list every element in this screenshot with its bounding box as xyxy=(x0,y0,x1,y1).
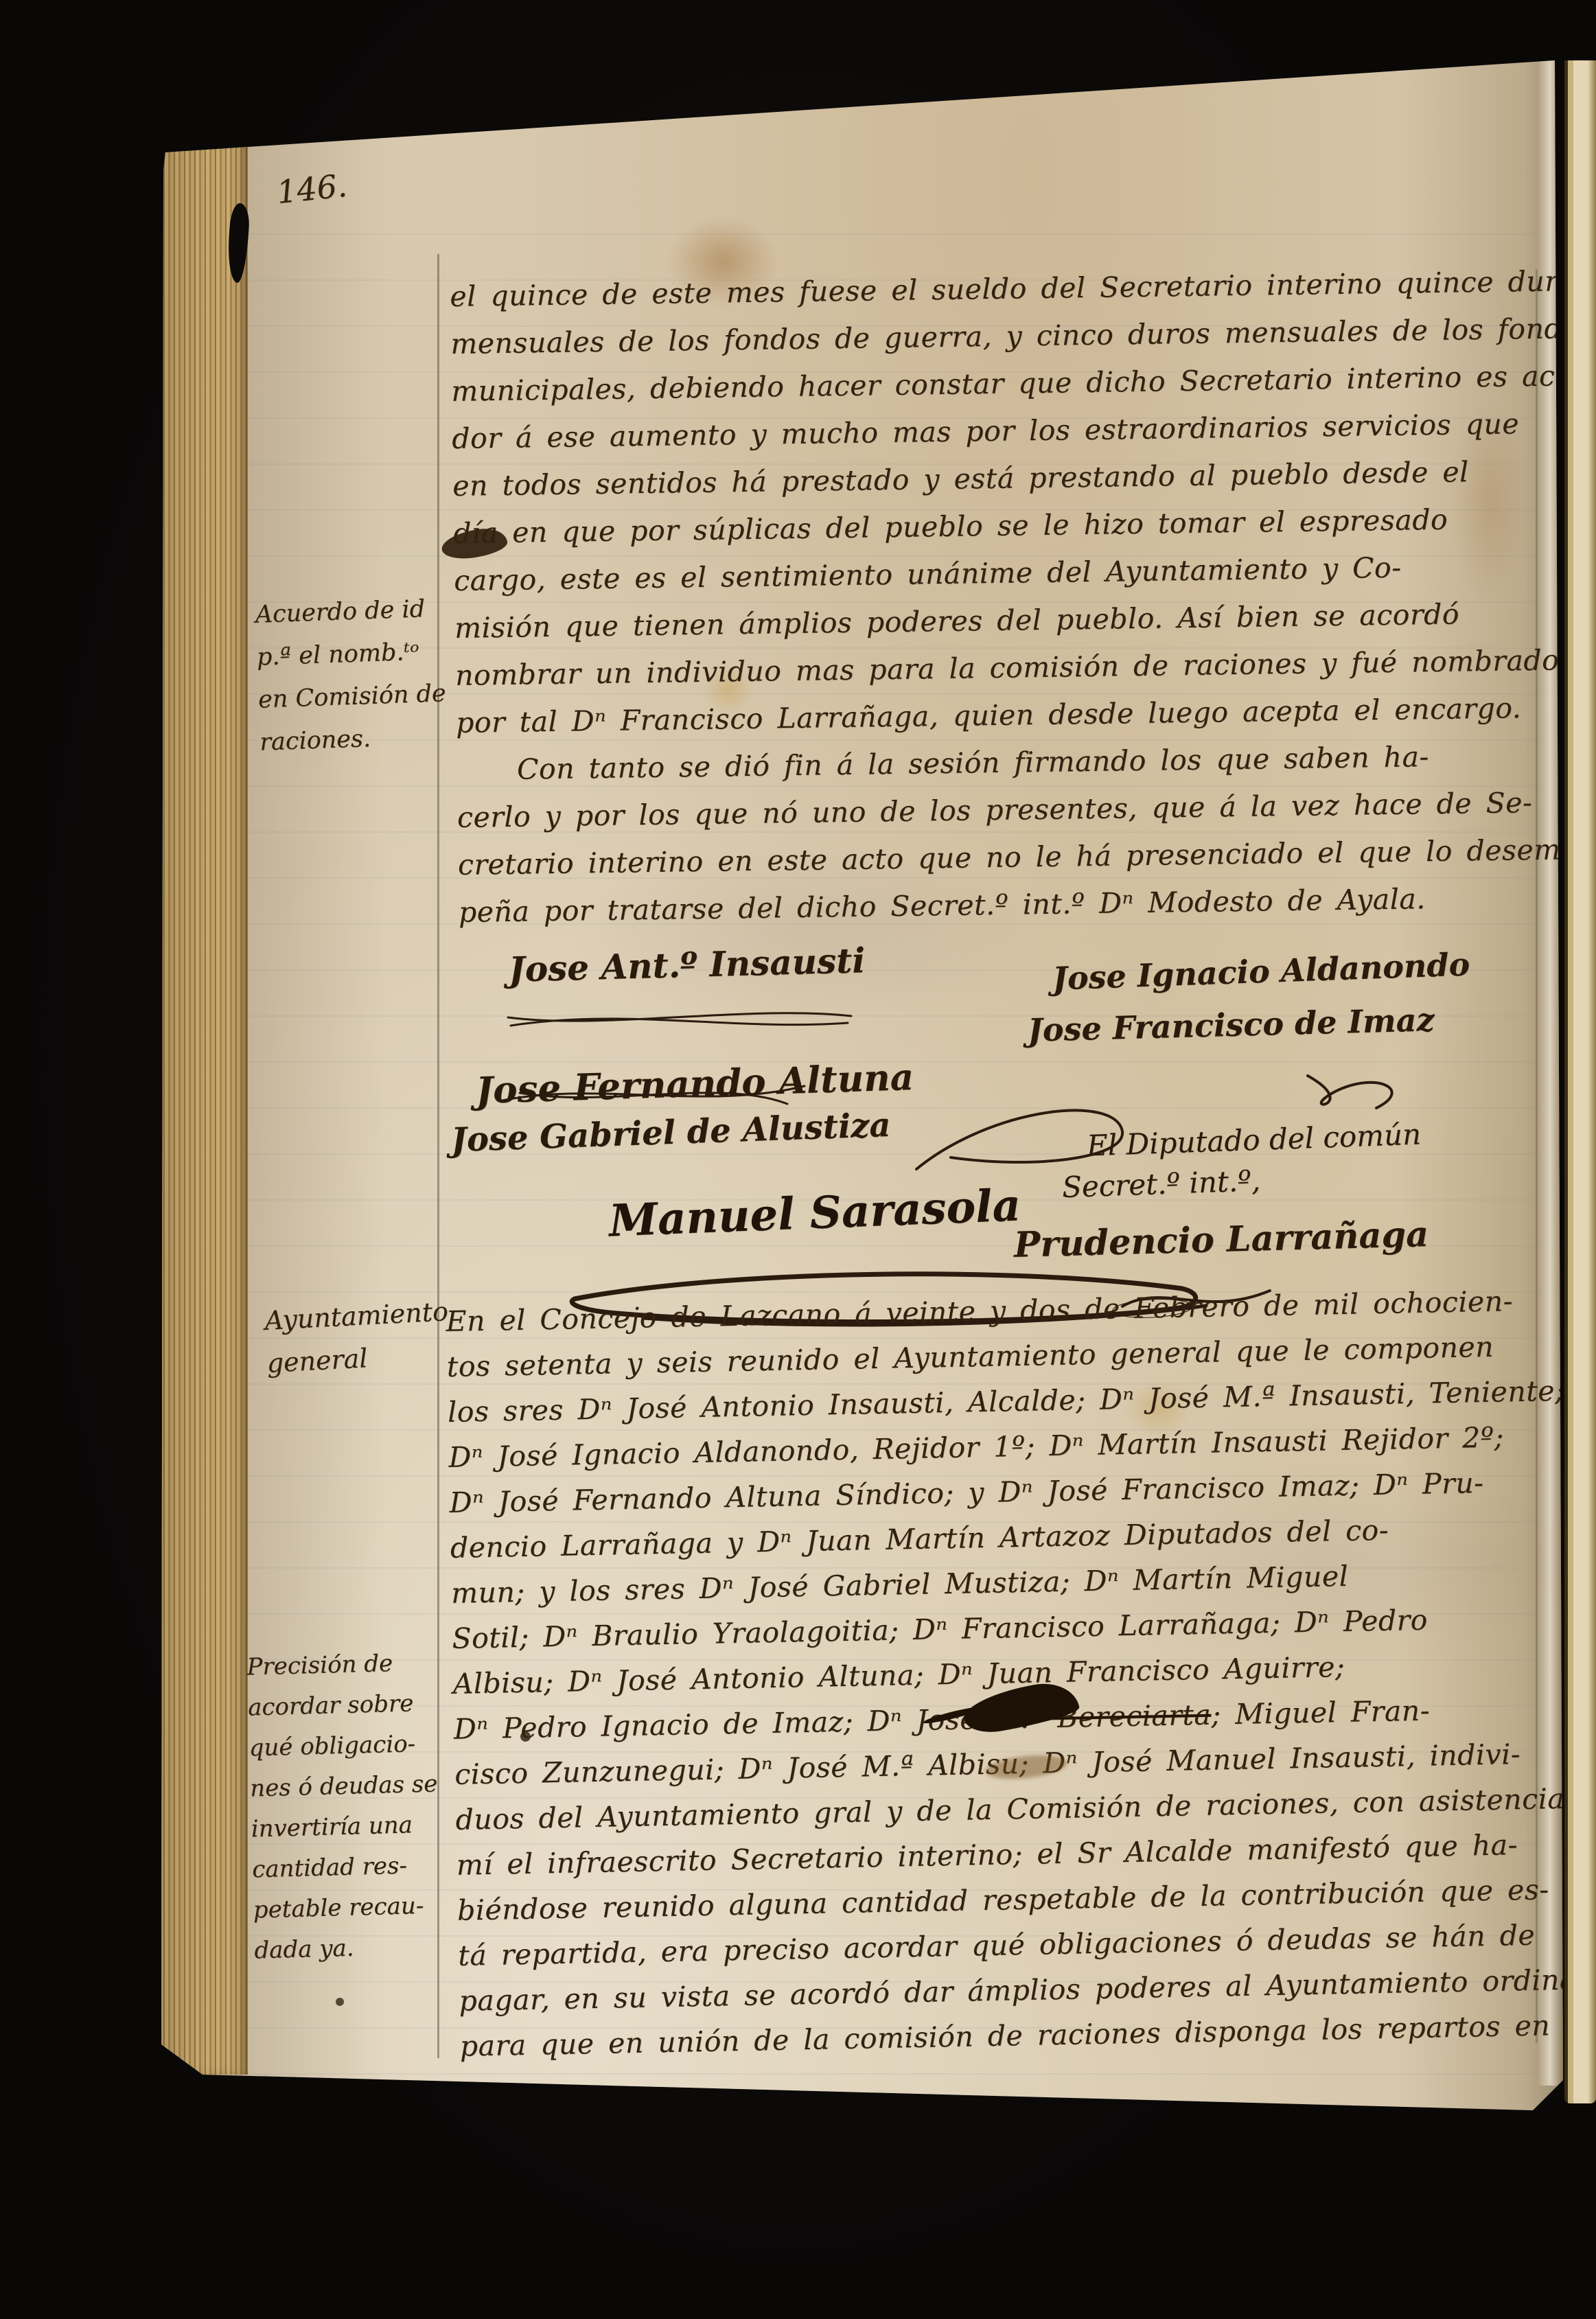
margin-note-line: acordar sobre xyxy=(247,1683,436,1728)
margin-note-line: dada ya. xyxy=(254,1926,443,1971)
text-segment: ; Miguel Fran- xyxy=(1211,1694,1431,1731)
margin-note-ayuntamiento-general: Ayuntamiento general xyxy=(264,1290,452,1385)
margin-note-line: invertiría una xyxy=(251,1804,439,1849)
photograph-background: 146. Acuerdo de id p.ª el nomb.ᵗᵒ en Com… xyxy=(0,0,1596,2319)
text-segment: Dⁿ Pedro Ignacio de Imaz; Dⁿ José xyxy=(454,1703,991,1746)
body-paragraph-session-close: el quince de este mes fuese el sueldo de… xyxy=(450,258,1557,936)
stacked-page-edges xyxy=(154,141,248,2075)
margin-note-line: cantidad res- xyxy=(252,1845,441,1890)
page-number: 146. xyxy=(275,167,349,211)
margin-note-line: Acuerdo de id xyxy=(255,587,444,636)
facing-page-edge xyxy=(1564,60,1596,2103)
margin-note-line: petable recau- xyxy=(253,1885,441,1930)
margin-note-acuerdo: Acuerdo de id p.ª el nomb.ᵗᵒ en Comisión… xyxy=(255,587,448,763)
signature-flourish xyxy=(501,1002,861,1040)
margin-note-line: raciones. xyxy=(259,715,448,764)
margin-note-line: Precisión de xyxy=(246,1643,435,1688)
signature-rubric xyxy=(1287,1059,1424,1120)
margin-note-line: qué obligacio- xyxy=(248,1723,437,1768)
manuscript-page: 146. Acuerdo de id p.ª el nomb.ᵗᵒ en Com… xyxy=(154,55,1565,2113)
body-paragraph-concejo-general: En el Concejo de Lazcano á veinte y dos … xyxy=(446,1278,1565,2069)
margin-note-precision: Precisión de acordar sobre qué obligacio… xyxy=(246,1643,442,1972)
margin-note-line: nes ó deudas se xyxy=(250,1764,439,1809)
margin-note-line: p.ª el nomb.ᵗᵒ xyxy=(256,630,446,679)
signature-title-secretario: Secret.º int.º, xyxy=(1061,1164,1261,1204)
margin-note-line: en Comisión de xyxy=(257,672,447,722)
